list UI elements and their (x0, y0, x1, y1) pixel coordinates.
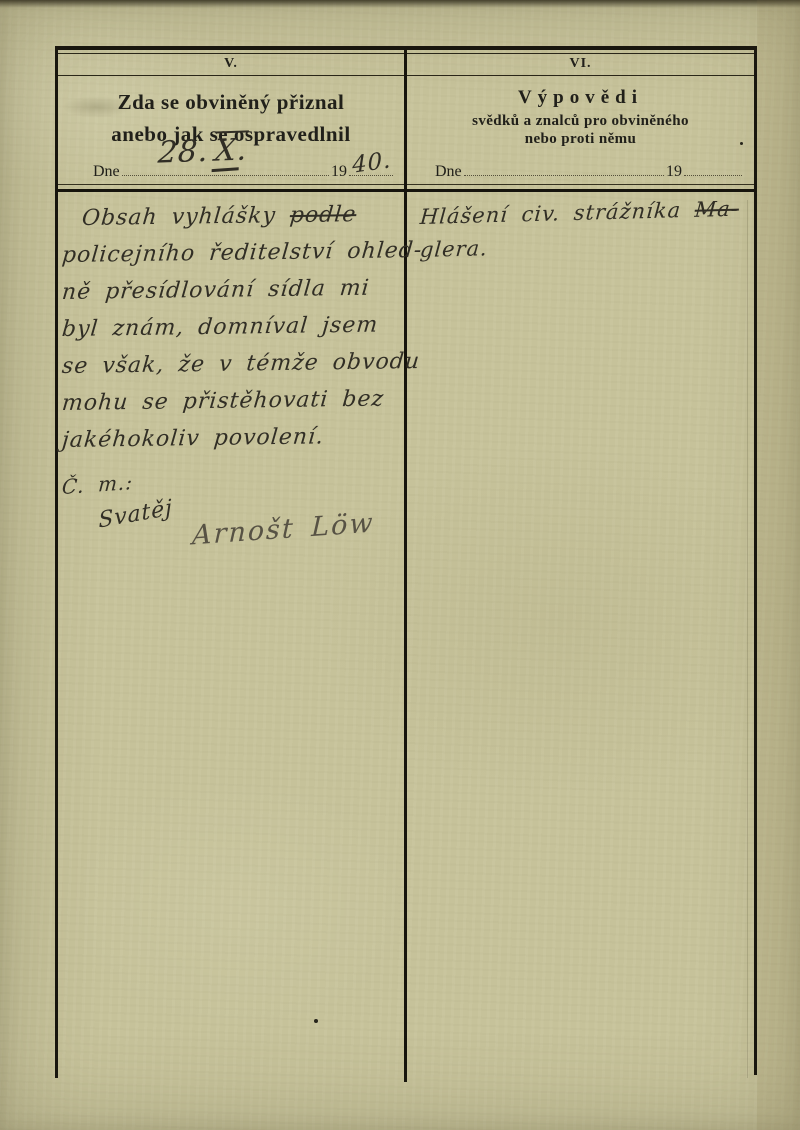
col6-subtitle-line1: svědků a znalců pro obviněného (405, 113, 756, 130)
signature-official: Svatěj (98, 495, 173, 533)
col6-date-row: Dne 19 (405, 158, 756, 182)
col6-title: Výpovědi (405, 87, 756, 109)
col6-year-leader (684, 158, 742, 176)
col5-entry: Obsah vyhlášky podle policejního ředitel… (62, 200, 404, 499)
handwritten-line: jakéhokoliv povolení. (60, 417, 405, 459)
col5-year-prefix: 19 (331, 163, 347, 181)
document-page: V. VI. Zda se obviněný přiznal anebo jak… (0, 0, 800, 1130)
ink-dot (314, 1019, 318, 1023)
col6-date-label: Dne (435, 163, 462, 181)
handwritten-line: Obsah vyhlášky podle (80, 195, 405, 237)
table-right-border (754, 46, 757, 1075)
col6-date-leader (464, 158, 664, 176)
handwritten-line: policejního ředitelství ohled- (60, 232, 405, 274)
handwritten-month: X. (213, 132, 248, 168)
col6-year-prefix: 19 (666, 163, 682, 181)
handwritten-line: byl znám, domníval jsem (60, 306, 405, 348)
column-vi-number: VI. (405, 56, 756, 72)
line1-text: Obsah vyhlášky (81, 203, 291, 231)
ink-dot (740, 142, 743, 145)
paper-edge-top (0, 0, 800, 8)
signature-accused: Arnošt Löw (192, 508, 375, 552)
handwritten-line: mohu se přistěhovati bez (60, 380, 405, 422)
handwritten-date: 28.X. (157, 132, 249, 170)
col6-subtitle-line2: nebo proti němu (405, 131, 756, 148)
line1-crossed-out-word: podle (289, 202, 358, 228)
table-left-border (55, 46, 58, 1078)
paper-edge-right (757, 0, 800, 1130)
col6-entry: Hlášení civ. strážníka Ma- glera. (420, 201, 748, 267)
right-line1-crossed-out-word: Ma- (694, 197, 740, 222)
handwritten-line: se však, že v témže obvodu (60, 343, 405, 385)
paper-crease (747, 200, 748, 1078)
handwritten-year: 40. (352, 147, 392, 179)
handwritten-line: ně přesídlování sídla mi (60, 269, 405, 311)
handwritten-day: 28. (157, 134, 210, 171)
col5-date-label: Dne (93, 163, 120, 181)
col5-title-line1: Zda se obviněný přiznal (57, 90, 405, 115)
right-line1-text: Hlášení civ. strážníka (419, 198, 696, 229)
column-v-number: V. (57, 56, 405, 72)
